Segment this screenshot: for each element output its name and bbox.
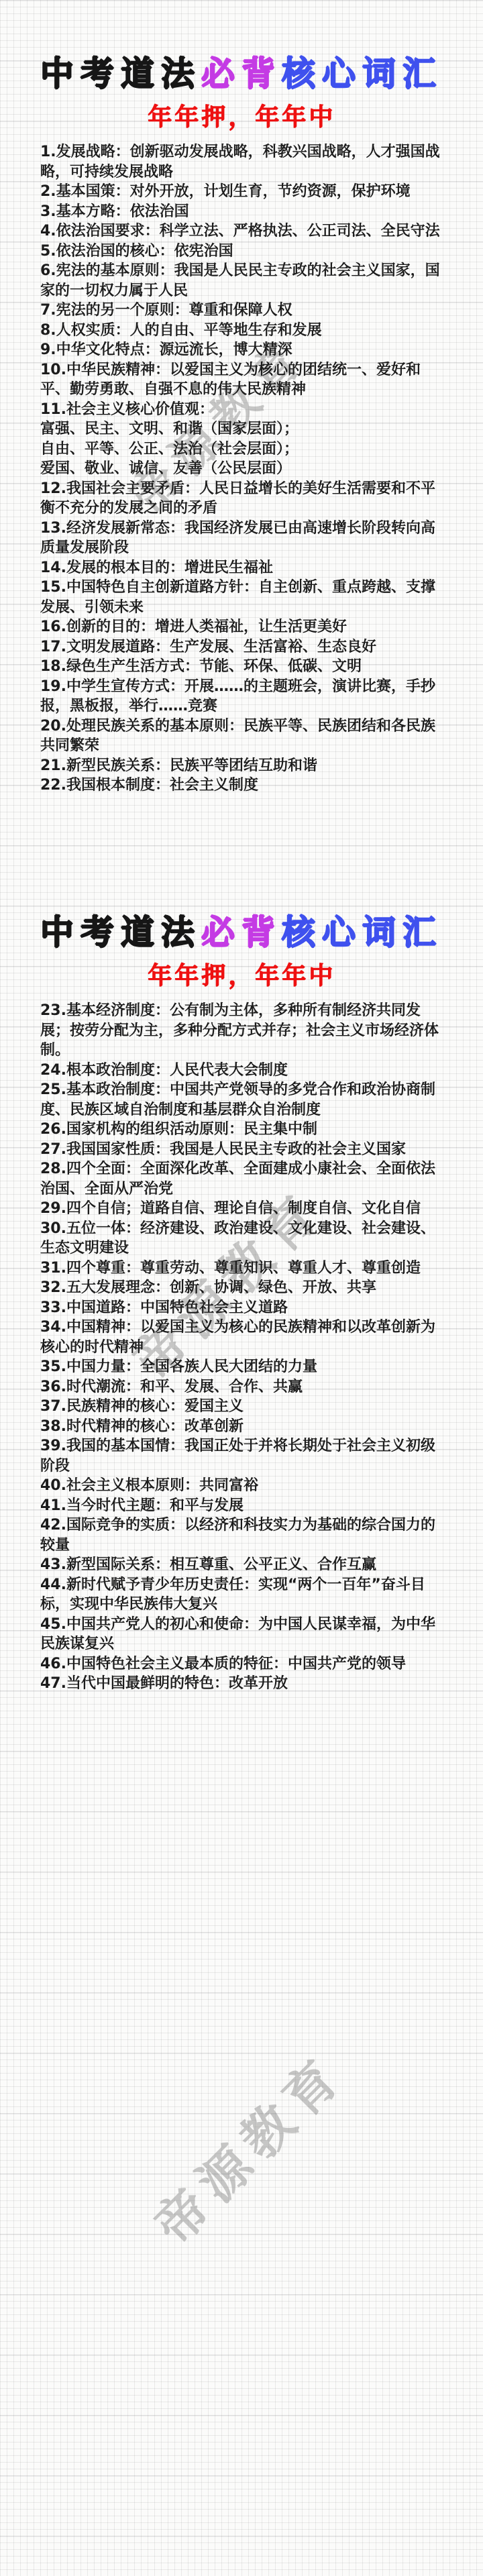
vocab-item: 6.宪法的基本原则：我国是人民民主专政的社会主义国家，国家的一切权力属于人民: [40, 261, 448, 301]
vocab-item: 23.基本经济制度：公有制为主体，多种所有制经济共同发展；按劳分配为主，多种分配…: [40, 1001, 448, 1061]
title-part-core-vocab: 核心词汇: [282, 54, 443, 93]
vocab-item: 46.中国特色社会主义最本质的特征：中国共产党的领导: [40, 1654, 448, 1674]
title-part-must-memorize: 必背: [201, 913, 282, 952]
vocab-item: 27.我国国家性质：我国是人民民主专政的社会主义国家: [40, 1140, 448, 1160]
vocab-item: 13.经济发展新常态：我国经济发展已由高速增长阶段转向高质量发展阶段: [40, 519, 448, 558]
notes-page: { "watermark": { "text": "帝源教育" }, "colo…: [0, 0, 483, 2576]
vocab-item: 33.中国道路：中国特色社会主义道路: [40, 1298, 448, 1318]
vocab-item: 31.四个尊重：尊重劳动、尊重知识、尊重人才、尊重创造: [40, 1258, 448, 1279]
vocab-item: 32.五大发展理念：创新、协调、绿色、开放、共享: [40, 1278, 448, 1298]
title-part-exam-subject: 中考道法: [40, 913, 201, 952]
vocab-item: 14.发展的根本目的：增进民生福祉: [40, 558, 448, 578]
title-part-exam-subject: 中考道法: [40, 54, 201, 93]
vocab-item: 5.依法治国的核心：依宪治国: [40, 241, 448, 262]
vocab-item: 34.中国精神：以爱国主义为核心的民族精神和以改革创新为核心的时代精神: [40, 1318, 448, 1357]
vocab-item: 24.根本政治制度：人民代表大会制度: [40, 1061, 448, 1081]
vocab-item: 29.四个自信；道路自信、理论自信、制度自信、文化自信: [40, 1199, 448, 1219]
vocab-item: 36.时代潮流：和平、发展、合作、共赢: [40, 1377, 448, 1397]
vocab-item: 38.时代精神的核心：改革创新: [40, 1417, 448, 1437]
vocab-item: 15.中国特色自主创新道路方针：自主创新、重点跨越、支撑发展、引领未来: [40, 578, 448, 617]
vocab-item: 39.我国的基本国情：我国正处于并将长期处于社会主义初级阶段: [40, 1436, 448, 1476]
vocab-list-items-1-22: 1.发展战略：创新驱动发展战略，科教兴国战略，人才强国战略，可持续发展战略2.基…: [40, 142, 448, 796]
watermark-diagonal-3: 帝源教育: [136, 2035, 358, 2258]
vocab-item: 18.绿色生产生活方式：节能、环保、低碳、文明: [40, 657, 448, 677]
vocab-item: 30.五位一体：经济建设、政治建设、文化建设、社会建设、生态文明建设: [40, 1219, 448, 1258]
vocab-item: 22.我国根本制度：社会主义制度: [40, 775, 448, 796]
vocab-list-items-23-47: 23.基本经济制度：公有制为主体，多种所有制经济共同发展；按劳分配为主，多种分配…: [40, 1001, 448, 1694]
vocab-item: 25.基本政治制度：中国共产党领导的多党合作和政治协商制度、民族区域自治制度和基…: [40, 1080, 448, 1120]
title-part-must-memorize: 必背: [201, 54, 282, 93]
subtitle-slogan: 年年押，年年中: [0, 964, 483, 988]
vocab-item: 37.民族精神的核心：爱国主义: [40, 1397, 448, 1417]
section-part-1: 中考道法必背核心词汇 年年押，年年中 1.发展战略：创新驱动发展战略，科教兴国战…: [0, 57, 483, 796]
vocab-item: 8.人权实质：人的自由、平等地生存和发展: [40, 321, 448, 341]
vocab-item: 47.当代中国最鲜明的特色：改革开放: [40, 1674, 448, 1694]
vocab-item: 3.基本方略：依法治国: [40, 202, 448, 222]
vocab-item: 21.新型民族关系：民族平等团结互助和谐: [40, 756, 448, 776]
vocab-item: 44.新时代赋予青少年历史责任：实现“两个一百年”奋斗目标，实现中华民族伟大复兴: [40, 1575, 448, 1615]
vocab-item: 17.文明发展道路：生产发展、生活富裕、生态良好: [40, 637, 448, 657]
vocab-item: 35.中国力量：全国各族人民大团结的力量: [40, 1357, 448, 1377]
vocab-item: 42.国际竞争的实质：以经济和科技实力为基础的综合国力的较量: [40, 1515, 448, 1555]
vocab-item: 2.基本国策：对外开放，计划生育，节约资源，保护环境: [40, 182, 448, 202]
title-part-core-vocab: 核心词汇: [282, 913, 443, 952]
vocab-item: 19.中学生宣传方式：开展……的主题班会，演讲比赛，手抄报，黑板报，举行……竞赛: [40, 677, 448, 716]
section-part-2: 中考道法必背核心词汇 年年押，年年中 23.基本经济制度：公有制为主体，多种所有…: [0, 916, 483, 1694]
vocab-item: 9.中华文化特点：源远流长，博大精深: [40, 340, 448, 360]
subtitle-slogan: 年年押，年年中: [0, 105, 483, 129]
vocab-item: 7.宪法的另一个原则：尊重和保障人权: [40, 301, 448, 321]
vocab-item: 20.处理民族关系的基本原则：民族平等、民族团结和各民族共同繁荣: [40, 716, 448, 756]
vocab-item: 10.中华民族精神：以爱国主义为核心的团结统一、爱好和平、勤劳勇敢、自强不息的伟…: [40, 360, 448, 400]
vocab-item: 4.依法治国要求：科学立法、严格执法、公正司法、全民守法: [40, 221, 448, 241]
vocab-item: 28.四个全面：全面深化改革、全面建成小康社会、全面依法治国、全面从严治党: [40, 1159, 448, 1199]
page-title: 中考道法必背核心词汇: [0, 57, 483, 91]
vocab-item: 45.中国共产党人的初心和使命：为中国人民谋幸福，为中华民族谋复兴: [40, 1615, 448, 1654]
vocab-item: 1.发展战略：创新驱动发展战略，科教兴国战略，人才强国战略，可持续发展战略: [40, 142, 448, 182]
vocab-item: 26.国家机构的组织活动原则：民主集中制: [40, 1120, 448, 1140]
page-title: 中考道法必背核心词汇: [0, 916, 483, 949]
vocab-item: 43.新型国际关系：相互尊重、公平正义、合作互赢: [40, 1555, 448, 1575]
vocab-item: 41.当今时代主题：和平与发展: [40, 1496, 448, 1516]
vocab-item: 40.社会主义根本原则：共同富裕: [40, 1476, 448, 1496]
vocab-item: 16.创新的目的：增进人类福祉，让生活更美好: [40, 617, 448, 637]
vocab-item: 11.社会主义核心价值观： 富强、民主、文明、和谐（国家层面）； 自由、平等、公…: [40, 400, 448, 479]
vocab-item: 12.我国社会主要矛盾：人民日益增长的美好生活需要和不平衡不充分的发展之间的矛盾: [40, 479, 448, 519]
